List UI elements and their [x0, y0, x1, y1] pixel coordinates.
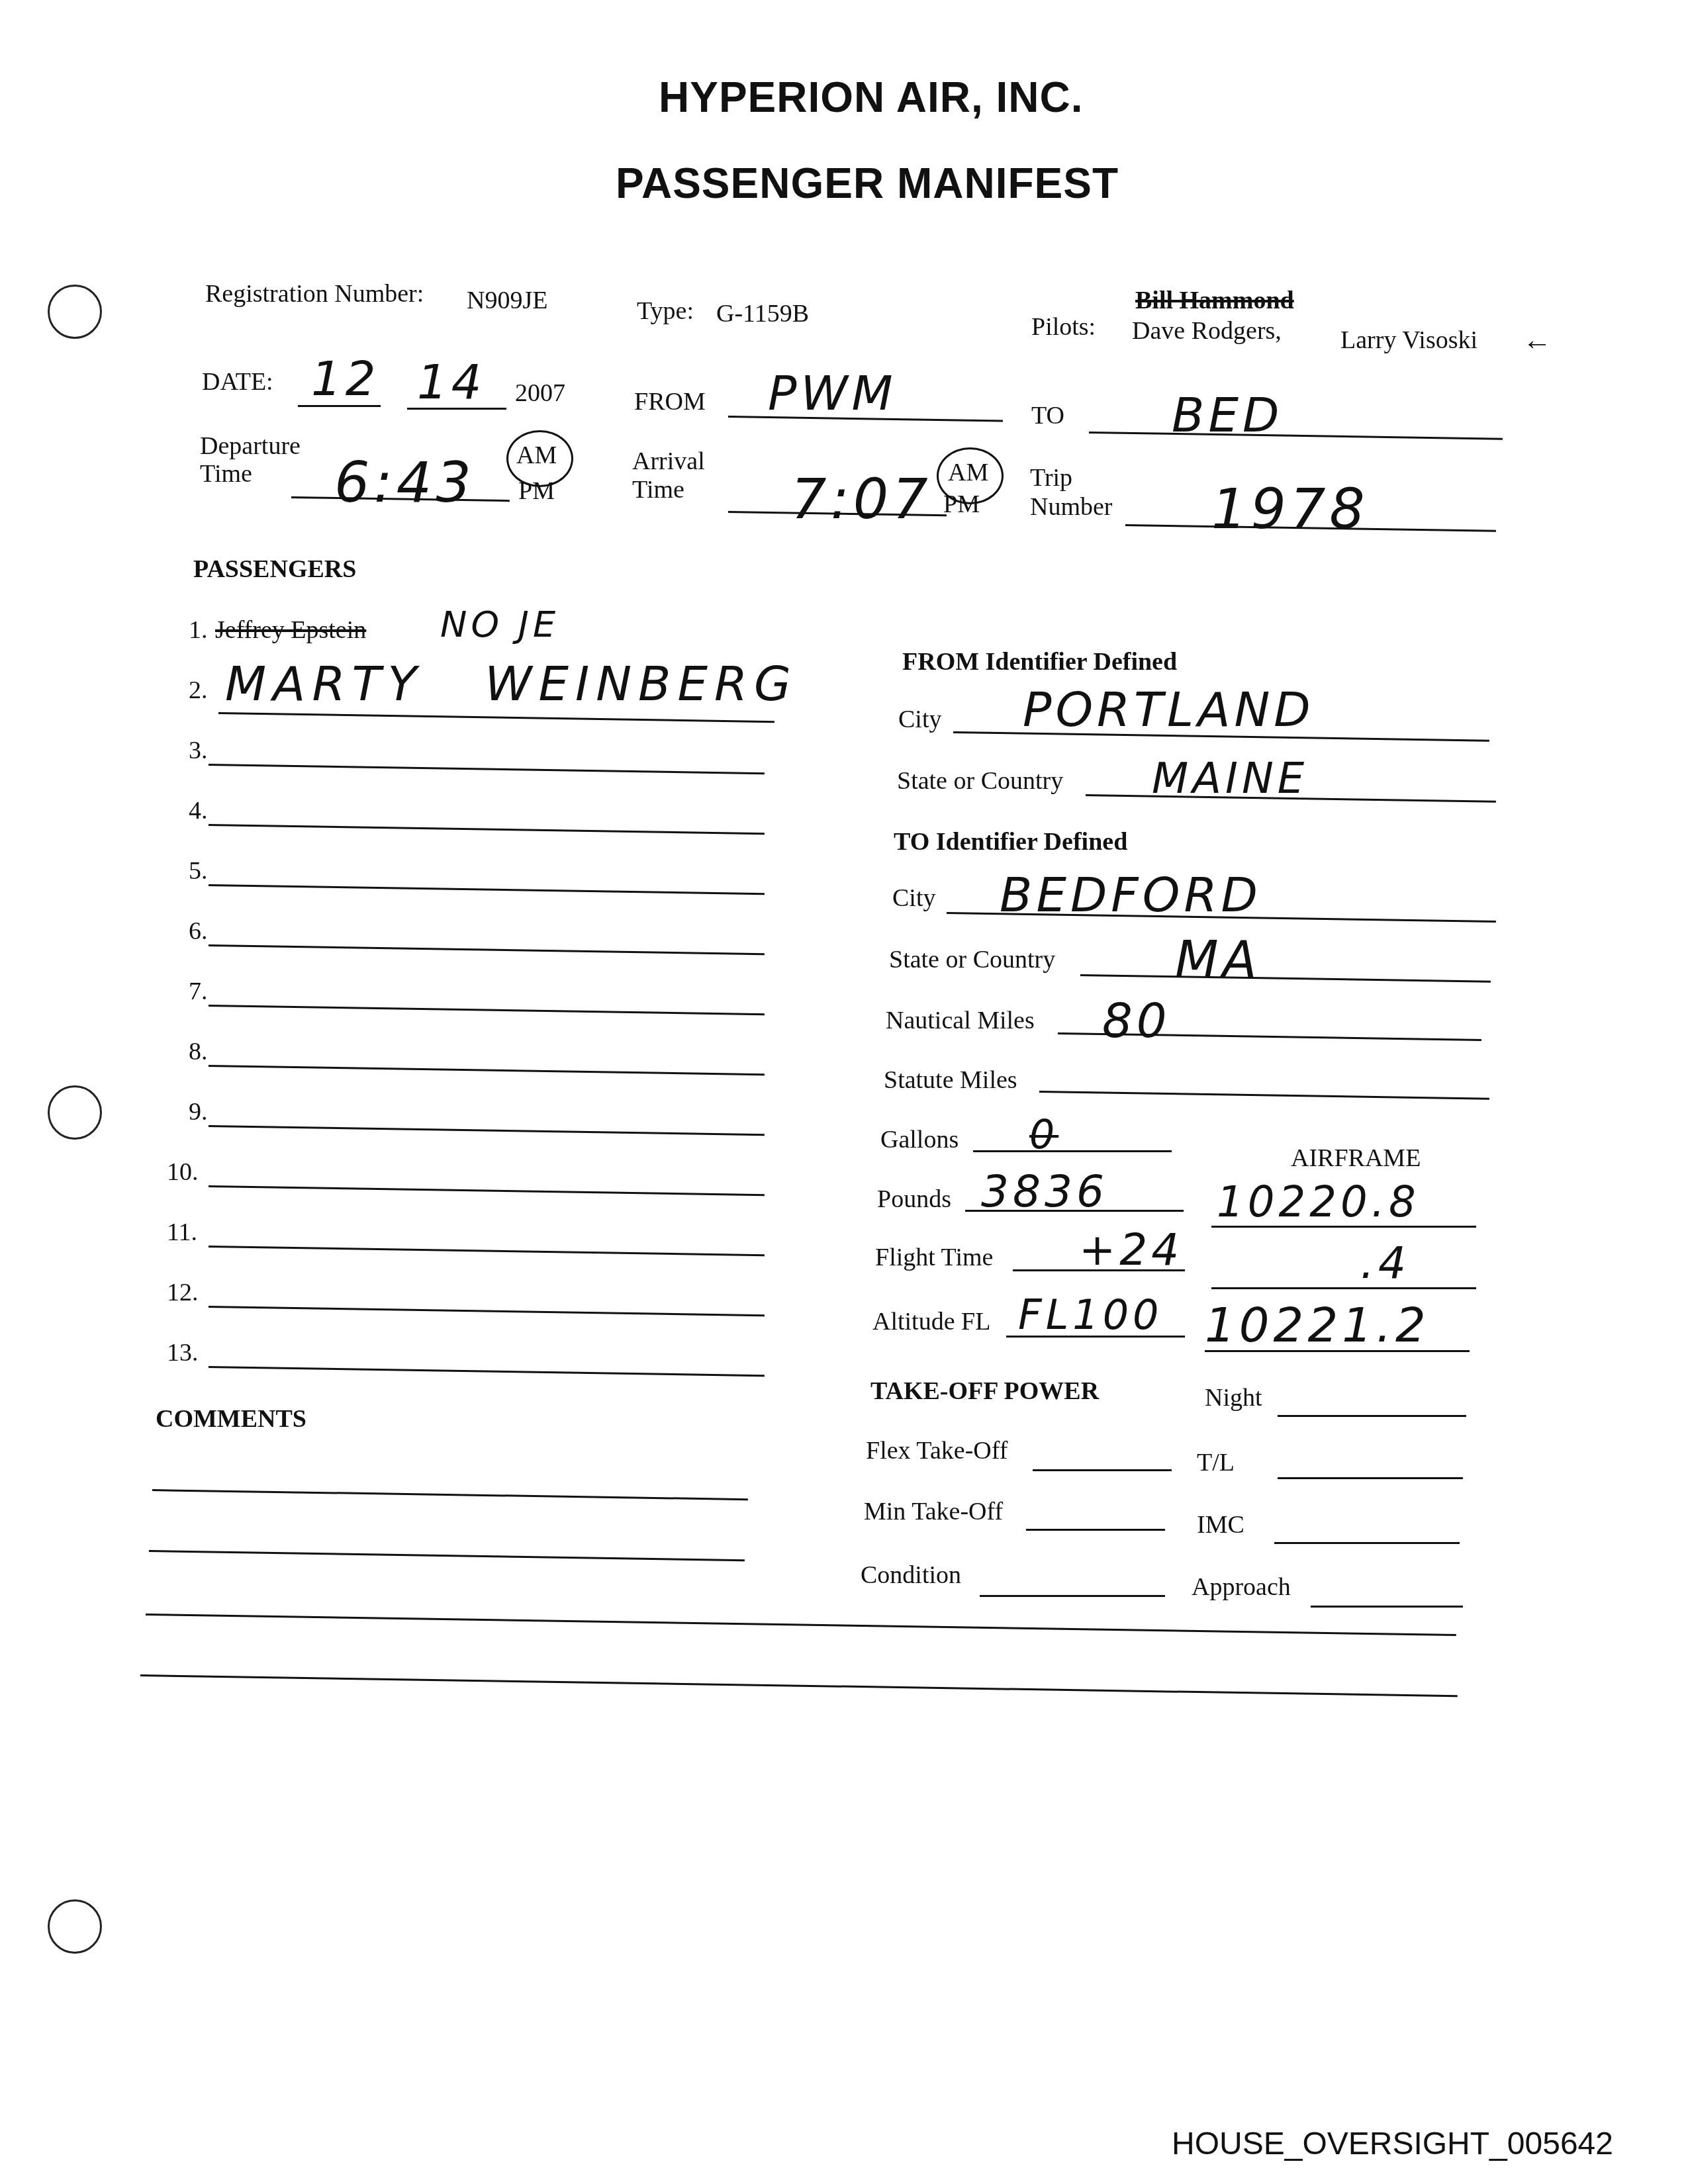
passenger-number: 4.: [189, 796, 208, 825]
airframe-start-value: 10220.8: [1217, 1178, 1420, 1227]
arrival-label-2: Time: [632, 475, 684, 504]
passenger-name: NO JE: [440, 604, 559, 645]
passenger-number: 1.: [189, 615, 208, 645]
gallons-value: 0: [1029, 1112, 1058, 1158]
from-label: FROM: [634, 387, 706, 416]
passenger-number: 10.: [167, 1158, 199, 1187]
airframe-delta-line: [1211, 1287, 1476, 1289]
comments-line-2[interactable]: [149, 1550, 745, 1561]
airframe-heading: AIRFRAME: [1291, 1144, 1421, 1173]
comments-line-1[interactable]: [152, 1489, 748, 1500]
pilot-2: Larry Visoski: [1340, 326, 1477, 355]
gallons-label: Gallons: [880, 1125, 959, 1154]
date-month: 12: [311, 351, 380, 406]
statute-miles-label: Statute Miles: [884, 1066, 1017, 1095]
comments-line-4[interactable]: [140, 1674, 1458, 1697]
imc-label: IMC: [1197, 1510, 1244, 1539]
passenger-number: 8.: [189, 1037, 208, 1066]
nautical-miles-value: 80: [1102, 993, 1171, 1048]
tl-label: T/L: [1197, 1448, 1235, 1477]
pilot-struck: Bill Hammond: [1135, 286, 1294, 315]
to-label: TO: [1031, 401, 1064, 430]
altitude-label: Altitude FL: [872, 1307, 990, 1336]
passenger-name: MARTY WEINBERG: [225, 656, 798, 711]
passenger-struck-name: Jeffrey Epstein: [215, 615, 366, 645]
pounds-value: 3836: [981, 1166, 1108, 1217]
from-city-label: City: [898, 705, 941, 734]
passenger-line[interactable]: [209, 824, 765, 835]
passenger-number: 3.: [189, 736, 208, 765]
to-value: BED: [1172, 387, 1283, 443]
airframe-delta-value: .4: [1360, 1238, 1410, 1289]
passenger-number: 6.: [189, 917, 208, 946]
passenger-line[interactable]: [209, 1246, 765, 1256]
passenger-number: 13.: [167, 1338, 199, 1367]
comments-line-3[interactable]: [146, 1614, 1456, 1636]
altitude-value: FL100: [1018, 1291, 1163, 1339]
night-label: Night: [1205, 1383, 1262, 1412]
takeoff-power-heading: TAKE-OFF POWER: [870, 1377, 1099, 1406]
arrival-am: AM: [948, 458, 988, 487]
punch-hole-bottom: [48, 1899, 102, 1954]
statute-miles-line: [1039, 1091, 1489, 1100]
departure-label-2: Time: [200, 459, 252, 488]
pilots-label: Pilots:: [1031, 312, 1096, 341]
departure-am: AM: [516, 441, 557, 470]
min-takeoff-field[interactable]: [1026, 1529, 1165, 1531]
to-line: [1089, 432, 1503, 440]
passenger-number: 12.: [167, 1278, 199, 1307]
from-state-value: MAINE: [1152, 754, 1308, 803]
passenger-line[interactable]: [209, 1065, 765, 1075]
registration-value: N909JE: [467, 286, 547, 315]
flight-time-label: Flight Time: [875, 1243, 993, 1272]
night-field[interactable]: [1278, 1415, 1466, 1417]
trip-label-2: Number: [1030, 492, 1113, 522]
departure-pm: PM: [518, 477, 555, 506]
departure-label-1: Departure: [200, 432, 301, 461]
passenger-number: 11.: [167, 1218, 197, 1247]
to-state-label: State or Country: [889, 945, 1055, 974]
from-state-label: State or Country: [897, 766, 1063, 796]
arrival-pm: PM: [943, 490, 980, 519]
passenger-number: 2.: [189, 676, 208, 705]
date-label: DATE:: [202, 367, 273, 396]
condition-field[interactable]: [980, 1595, 1165, 1597]
date-day: 14: [417, 354, 486, 410]
punch-hole-top: [48, 285, 102, 339]
company-name: HYPERION AIR, INC.: [659, 73, 1083, 122]
passenger-line[interactable]: [209, 1005, 765, 1015]
from-value: PWM: [768, 365, 897, 421]
passenger-line[interactable]: [209, 1185, 765, 1196]
arrival-label-1: Arrival: [632, 447, 705, 476]
bates-number: HOUSE_OVERSIGHT_005642: [1172, 2126, 1613, 2162]
date-year: 2007: [515, 379, 565, 408]
approach-field[interactable]: [1311, 1606, 1463, 1608]
flex-takeoff-field[interactable]: [1033, 1469, 1172, 1471]
passenger-line[interactable]: [209, 1125, 765, 1136]
arrow-icon: ←: [1523, 323, 1552, 357]
condition-label: Condition: [861, 1561, 961, 1590]
type-label: Type:: [637, 296, 694, 326]
passenger-line[interactable]: [209, 764, 765, 774]
to-state-line: [1080, 974, 1491, 983]
imc-field[interactable]: [1274, 1542, 1460, 1544]
to-city-label: City: [892, 884, 935, 913]
passenger-number: 9.: [189, 1097, 208, 1126]
gallons-line: [973, 1150, 1172, 1152]
pounds-label: Pounds: [877, 1185, 951, 1214]
from-city-value: PORTLAND: [1023, 682, 1315, 737]
trip-label-1: Trip: [1030, 463, 1072, 492]
nautical-miles-label: Nautical Miles: [886, 1006, 1035, 1035]
passengers-heading: PASSENGERS: [193, 555, 356, 584]
registration-label: Registration Number:: [205, 279, 424, 308]
flight-time-value: +24: [1079, 1224, 1183, 1275]
comments-heading: COMMENTS: [156, 1404, 306, 1433]
passenger-line[interactable]: [209, 1366, 765, 1377]
from-identifier-heading: FROM Identifier Defined: [902, 647, 1177, 676]
approach-label: Approach: [1192, 1572, 1291, 1602]
flex-takeoff-label: Flex Take-Off: [866, 1436, 1008, 1465]
passenger-line[interactable]: [218, 712, 774, 723]
pilot-1: Dave Rodgers,: [1132, 316, 1282, 345]
tl-field[interactable]: [1278, 1477, 1463, 1479]
min-takeoff-label: Min Take-Off: [864, 1497, 1003, 1526]
passenger-line[interactable]: [209, 944, 765, 955]
page-title: PASSENGER MANIFEST: [616, 159, 1119, 208]
airframe-end-value: 10221.2: [1205, 1297, 1430, 1353]
to-city-value: BEDFORD: [1000, 867, 1262, 923]
to-identifier-heading: TO Identifier Defined: [894, 827, 1127, 856]
punch-hole-middle: [48, 1085, 102, 1140]
to-state-value: MA: [1175, 930, 1261, 989]
passenger-number: 5.: [189, 856, 208, 886]
departure-time: 6:43: [334, 450, 475, 515]
passenger-number: 7.: [189, 977, 208, 1006]
arrival-time: 7:07: [791, 467, 932, 531]
passenger-line[interactable]: [209, 884, 765, 895]
passenger-line[interactable]: [209, 1306, 765, 1316]
type-value: G-1159B: [716, 299, 809, 328]
trip-number: 1978: [1211, 477, 1369, 541]
